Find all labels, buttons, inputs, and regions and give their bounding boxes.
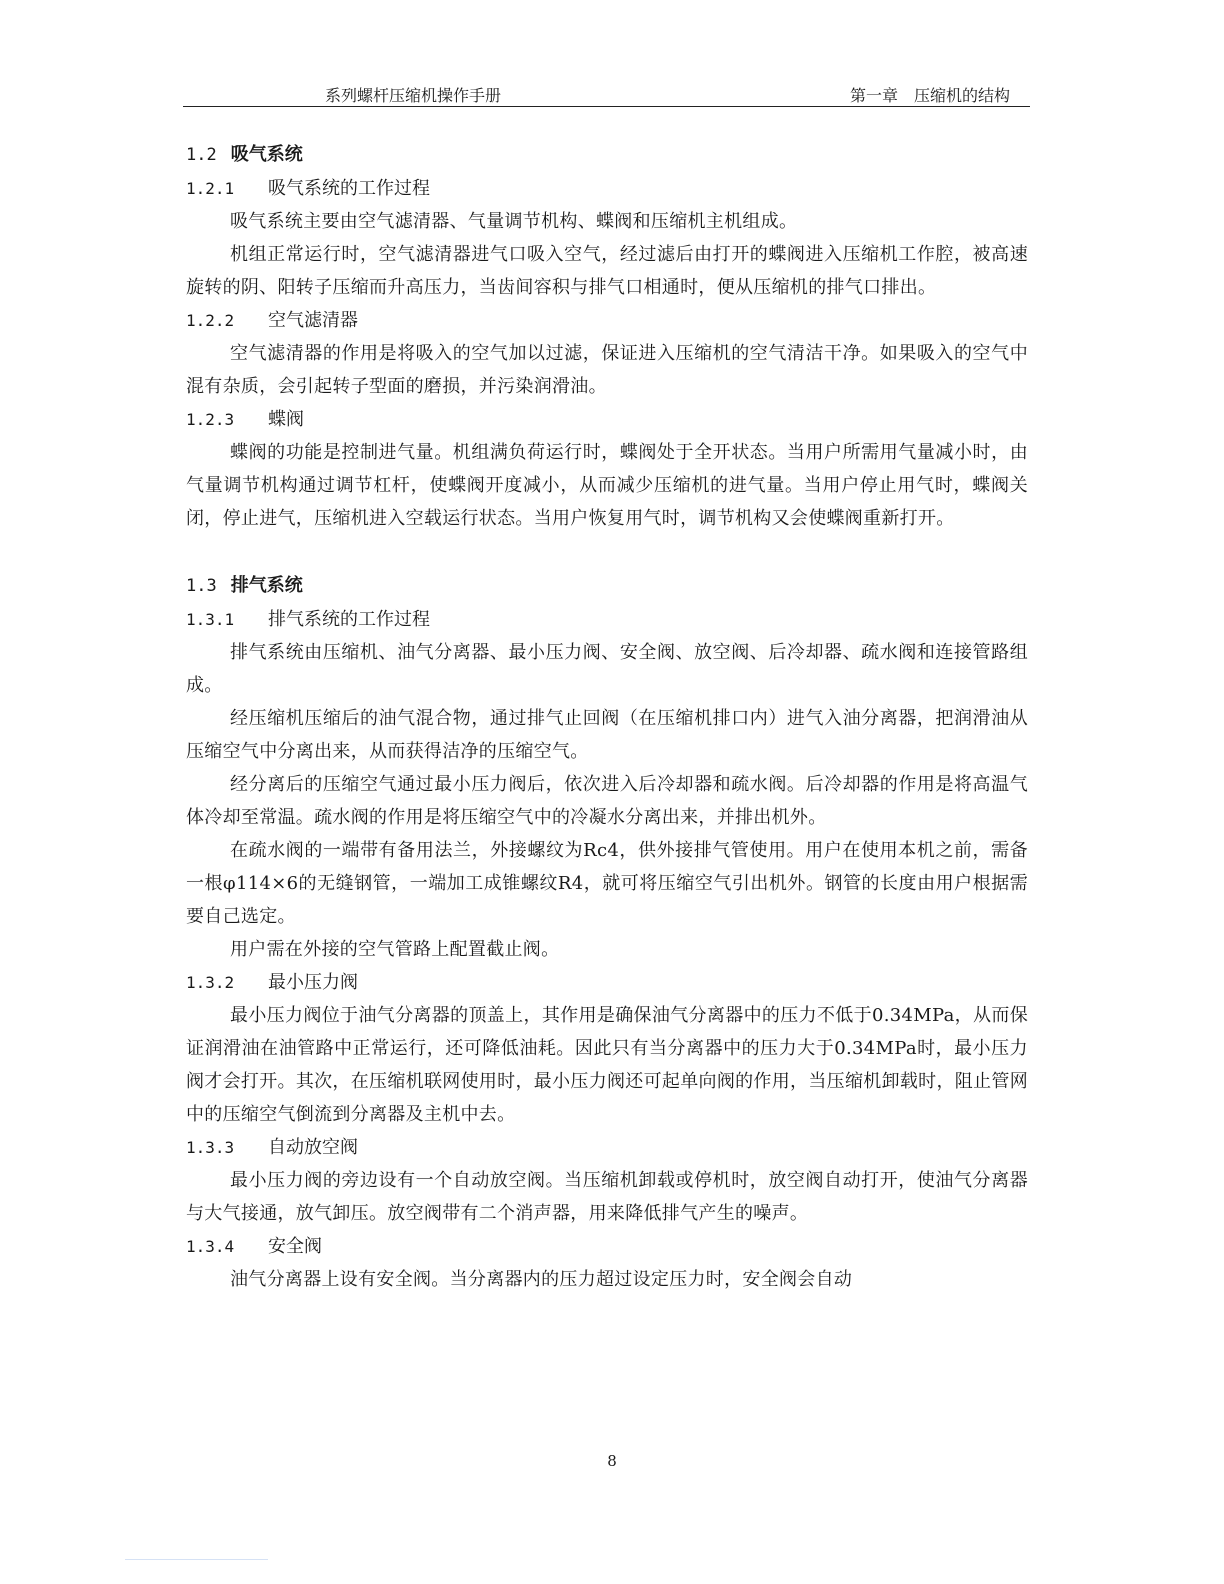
paragraph: 机组正常运行时，空气滤清器进气口吸入空气，经过滤后由打开的蝶阀进入压缩机工作腔，… (186, 238, 1028, 304)
paragraph: 经压缩机压缩后的油气混合物，通过排气止回阀（在压缩机排口内）进气入油分离器，把润… (186, 702, 1028, 768)
section-title: 吸气系统 (231, 144, 303, 165)
subsection-number: 1.3.4 (186, 1230, 268, 1263)
subsection-title: 吸气系统的工作过程 (268, 178, 430, 199)
header-chapter-title: 第一章 压缩机的结构 (850, 83, 1010, 106)
paragraph: 吸气系统主要由空气滤清器、气量调节机构、蝶阀和压缩机主机组成。 (186, 205, 1028, 238)
subsection-number: 1.2.2 (186, 304, 268, 337)
section-number: 1.3 (186, 576, 217, 596)
paragraph: 排气系统由压缩机、油气分离器、最小压力阀、安全阀、放空阀、后冷却器、疏水阀和连接… (186, 636, 1028, 702)
subsection-number: 1.2.3 (186, 403, 268, 436)
subsection-number: 1.3.3 (186, 1131, 268, 1164)
subsection-number: 1.3.1 (186, 603, 268, 636)
subsection-heading-1-3-2: 1.3.2最小压力阀 (186, 966, 1028, 999)
paragraph: 最小压力阀位于油气分离器的顶盖上，其作用是确保油气分离器中的压力不低于0.34M… (186, 999, 1028, 1131)
subsection-number: 1.2.1 (186, 172, 268, 205)
footnote-separator (125, 1559, 268, 1560)
subsection-heading-1-2-3: 1.2.3蝶阀 (186, 403, 1028, 436)
subsection-heading-1-3-4: 1.3.4安全阀 (186, 1230, 1028, 1263)
subsection-heading-1-3-3: 1.3.3自动放空阀 (186, 1131, 1028, 1164)
page-body: 1.2吸气系统 1.2.1吸气系统的工作过程 吸气系统主要由空气滤清器、气量调节… (186, 138, 1028, 1296)
paragraph: 在疏水阀的一端带有备用法兰，外接螺纹为Rc4，供外接排气管使用。用户在使用本机之… (186, 834, 1028, 933)
subsection-title: 最小压力阀 (268, 972, 358, 993)
paragraph: 油气分离器上设有安全阀。当分离器内的压力超过设定压力时，安全阀会自动 (186, 1263, 1028, 1296)
subsection-heading-1-2-2: 1.2.2空气滤清器 (186, 304, 1028, 337)
paragraph: 蝶阀的功能是控制进气量。机组满负荷运行时，蝶阀处于全开状态。当用户所需用气量减小… (186, 436, 1028, 535)
paragraph: 空气滤清器的作用是将吸入的空气加以过滤，保证进入压缩机的空气清洁干净。如果吸入的… (186, 337, 1028, 403)
subsection-title: 安全阀 (268, 1236, 322, 1257)
subsection-title: 自动放空阀 (268, 1137, 358, 1158)
subsection-title: 蝶阀 (268, 409, 304, 430)
paragraph: 最小压力阀的旁边设有一个自动放空阀。当压缩机卸载或停机时，放空阀自动打开，使油气… (186, 1164, 1028, 1230)
page-number: 8 (0, 1452, 1224, 1470)
page-header: 系列螺杆压缩机操作手册 第一章 压缩机的结构 (183, 80, 1030, 107)
paragraph: 用户需在外接的空气管路上配置截止阀。 (186, 933, 1028, 966)
header-manual-title: 系列螺杆压缩机操作手册 (325, 83, 501, 106)
subsection-number: 1.3.2 (186, 966, 268, 999)
subsection-title: 排气系统的工作过程 (268, 609, 430, 630)
subsection-title: 空气滤清器 (268, 310, 358, 331)
section-number: 1.2 (186, 145, 217, 165)
paragraph: 经分离后的压缩空气通过最小压力阀后，依次进入后冷却器和疏水阀。后冷却器的作用是将… (186, 768, 1028, 834)
section-heading-1-3: 1.3排气系统 (186, 569, 1028, 603)
section-title: 排气系统 (231, 575, 303, 596)
section-spacer (186, 535, 1028, 569)
section-heading-1-2: 1.2吸气系统 (186, 138, 1028, 172)
subsection-heading-1-3-1: 1.3.1排气系统的工作过程 (186, 603, 1028, 636)
subsection-heading-1-2-1: 1.2.1吸气系统的工作过程 (186, 172, 1028, 205)
